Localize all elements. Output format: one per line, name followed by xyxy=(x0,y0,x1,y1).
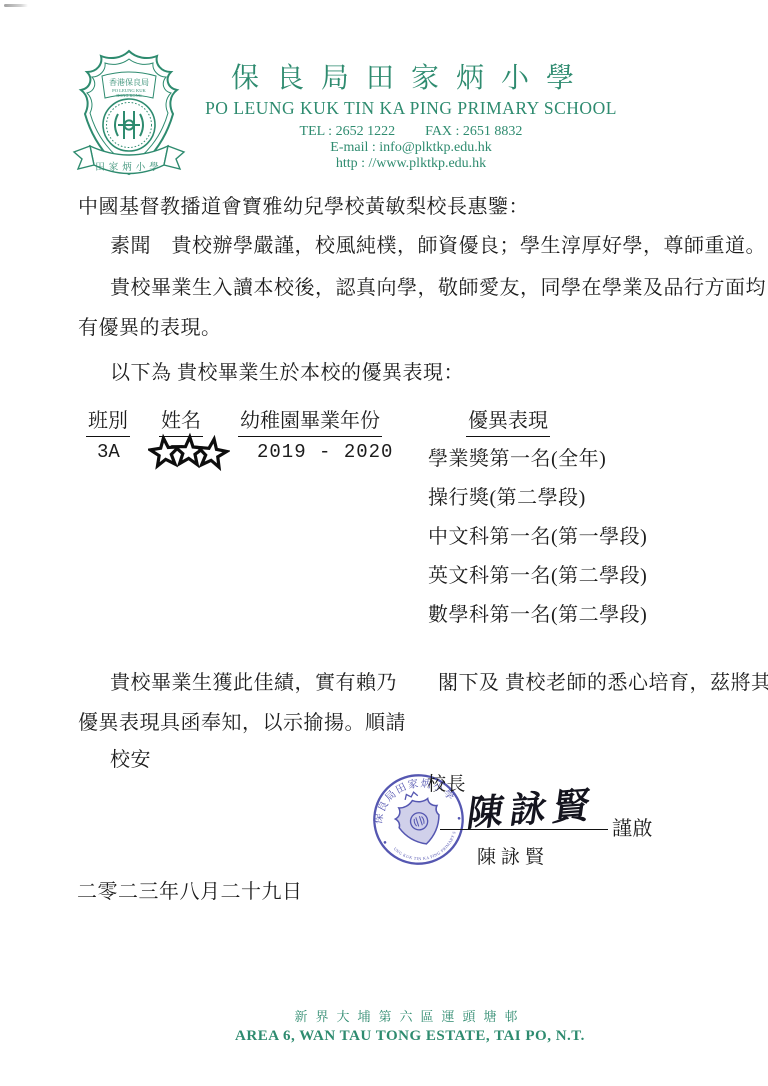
printed-signer-name: 陳詠賢 xyxy=(477,842,549,869)
closing-line-3: 校安 xyxy=(110,743,151,772)
col-header-performance: 優異表現 xyxy=(466,404,550,437)
email-line: E-mail : info@plktkp.edu.hk xyxy=(54,141,768,156)
letter-date: 二零二三年八月二十九日 xyxy=(77,875,303,904)
achievement-item: 英文科第一名(第二學段) xyxy=(428,559,647,588)
respectfully-label: 謹啟 xyxy=(612,812,653,841)
paragraph-2-line-1: 貴校畢業生入讀本校後，認真向學，敬師愛友，同學在學業及品行方面均 xyxy=(110,271,766,300)
col-header-class: 班別 xyxy=(86,404,130,437)
salutation-line: 中國基督教播道會寶雅幼兒學校黃敏梨校長惠鑒： xyxy=(78,190,529,219)
cell-class-value: 3A xyxy=(97,441,120,463)
contact-block: TEL : 2652 1222FAX : 2651 8832 E-mail : … xyxy=(54,125,768,171)
achievement-item: 中文科第一名(第一學段) xyxy=(428,520,647,549)
closing-line-1: 貴校畢業生獲此佳績，實有賴乃 閣下及 貴校老師的悉心培育，茲將其 xyxy=(110,666,768,695)
footer-address-zh: 新界大埔第六區運頭塘邨 xyxy=(52,1006,768,1025)
fax-number: FAX : 2651 8832 xyxy=(425,124,522,139)
letter-page: 香港保良局 PO LEUNG KUK HONG KONG 田家炳小學 保良局田家… xyxy=(0,0,768,1086)
school-name-en: PO LEUNG KUK TIN KA PING PRIMARY SCHOOL xyxy=(54,98,768,119)
achievement-item: 數學科第一名(第二學段) xyxy=(428,598,647,627)
letterhead: 保良局田家炳小學 PO LEUNG KUK TIN KA PING PRIMAR… xyxy=(54,56,768,171)
scan-artifact xyxy=(4,4,28,7)
website-line: http : //www.plktkp.edu.hk xyxy=(54,157,768,172)
paragraph-2-line-2: 有優異的表現。 xyxy=(78,311,222,340)
principal-title-label: 校長 xyxy=(427,769,466,796)
achievement-item: 學業獎第一名(全年) xyxy=(428,442,606,471)
achievement-item: 操行獎(第二學段) xyxy=(428,481,586,510)
signature-line xyxy=(440,829,608,830)
closing-line-2: 優異表現具函奉知，以示揄揚。順請 xyxy=(78,706,406,735)
achievement-intro-line: 以下為 貴校畢業生於本校的優異表現： xyxy=(110,356,464,385)
tel-number: TEL : 2652 1222 xyxy=(300,124,396,139)
name-redaction-stars-icon xyxy=(148,431,230,481)
cell-grad-year-value: 2019 - 2020 xyxy=(257,441,393,463)
tel-fax-line: TEL : 2652 1222FAX : 2651 8832 xyxy=(54,125,768,140)
col-header-grad-year: 幼稚園畢業年份 xyxy=(238,404,382,437)
school-name-zh: 保良局田家炳小學 xyxy=(54,56,768,96)
footer-address-en: AREA 6, WAN TAU TONG ESTATE, TAI PO, N.T… xyxy=(52,1028,768,1045)
paragraph-1: 素聞 貴校辦學嚴謹，校風純樸，師資優良；學生淳厚好學，尊師重道。 xyxy=(110,229,766,258)
footer-address: 新界大埔第六區運頭塘邨 AREA 6, WAN TAU TONG ESTATE,… xyxy=(52,1006,768,1045)
